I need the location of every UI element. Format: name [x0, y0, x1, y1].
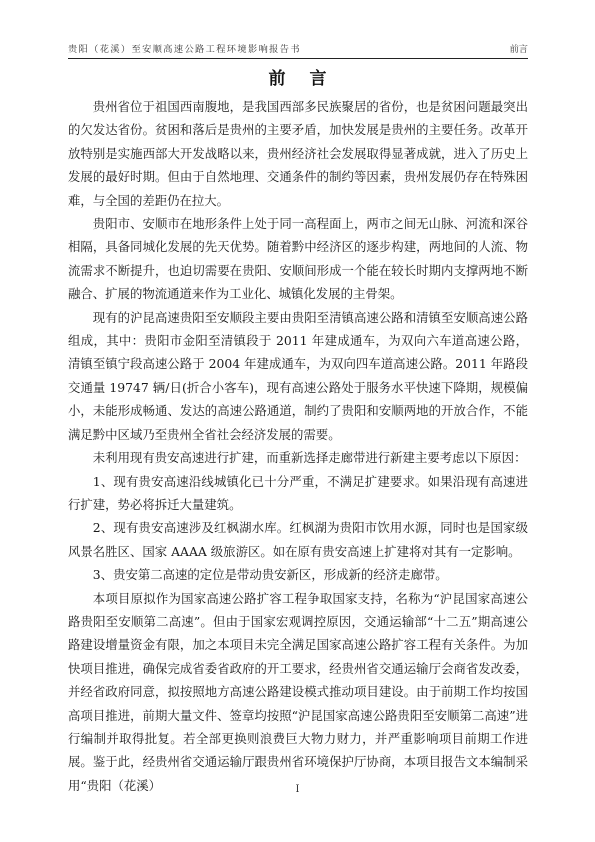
paragraph-reason-1: 1、现有贵安高速沿线城镇化已十分严重，不满足扩建要求。如果沿现有高速进行扩建，势… — [68, 470, 528, 517]
paragraph-reason-3: 3、贵安第二高速的定位是带动贵安新区，形成新的经济走廊带。 — [68, 563, 528, 586]
paragraph-guizhou-background: 贵州省位于祖国西南腹地，是我国西部多民族聚居的省份，也是贫困问题最突出的欠发达省… — [68, 95, 528, 212]
header-section-name: 前言 — [510, 44, 528, 56]
body-text: 贵州省位于祖国西南腹地，是我国西部多民族聚居的省份，也是贫困问题最突出的欠发达省… — [68, 95, 528, 797]
paragraph-guiyang-anshun-geography: 贵阳市、安顺市在地形条件上处于同一高程面上，两市之间无山脉、河流和深谷相隔，具备… — [68, 212, 528, 306]
paragraph-reason-2: 2、现有贵安高速涉及红枫湖水库。红枫湖为贵阳市饮用水源，同时也是国家级风景名胜区… — [68, 516, 528, 563]
paragraph-project-naming: 本项目原拟作为国家高速公路扩容工程争取国家支持，名称为“沪昆国家高速公路贵阳至安… — [68, 587, 528, 798]
running-header: 贵阳（花溪）至安顺高速公路工程环境影响报告书 前言 — [68, 44, 528, 59]
paragraph-reasons-intro: 未利用现有贵安高速进行扩建，而重新选择走廊带进行新建主要考虑以下原因： — [68, 446, 528, 469]
page-title: 前言 — [0, 67, 595, 91]
header-document-title: 贵阳（花溪）至安顺高速公路工程环境影响报告书 — [68, 44, 301, 56]
page-number: I — [0, 783, 595, 797]
paragraph-existing-expressway: 现有的沪昆高速贵阳至安顺段主要由贵阳至清镇高速公路和清镇至安顺高速公路组成，其中… — [68, 306, 528, 446]
